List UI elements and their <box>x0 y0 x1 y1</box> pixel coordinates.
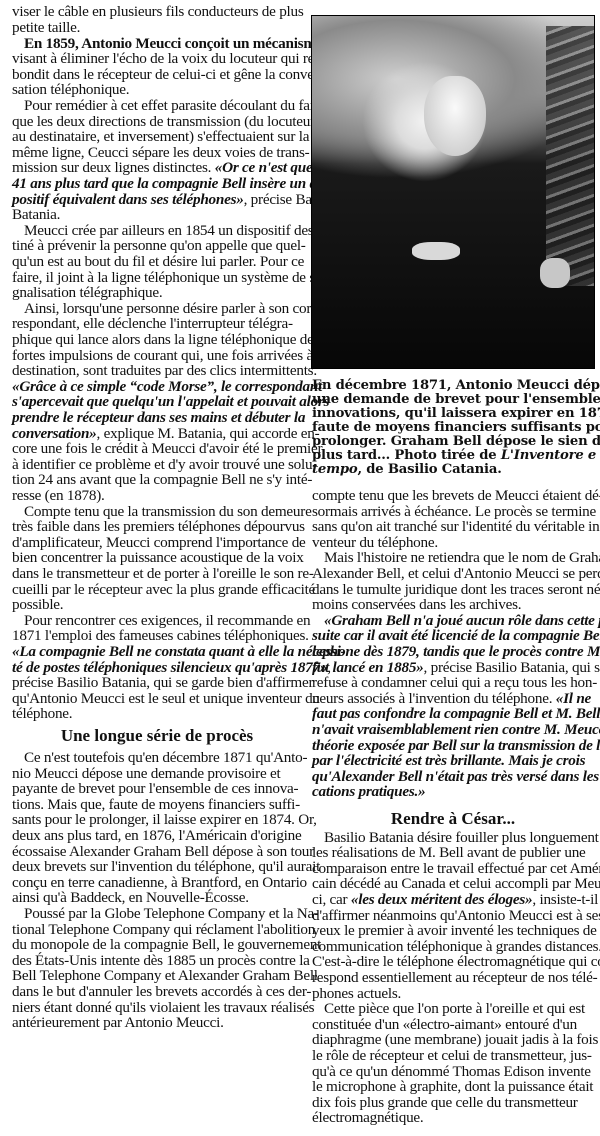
text-line: petite taille. <box>12 20 80 36</box>
quote-line: lephone dès 1879, tandis que le procès c… <box>312 644 600 660</box>
text-line: du monopole de la compagnie Bell, le gou… <box>12 937 321 953</box>
photo-hand <box>412 242 460 260</box>
photo-hand <box>540 258 570 288</box>
quote-line: faut pas confondre la compagnie Bell et … <box>312 706 600 722</box>
text-line: Poussé par la Globe Telephone Company et… <box>12 906 319 922</box>
text-line: Cette pièce que l'on porte à l'oreille e… <box>312 1001 585 1017</box>
text-line: précise Basilio Batania, qui se garde bi… <box>12 675 313 691</box>
section-heading: Rendre à César... <box>312 810 594 828</box>
text-line: ainsi qu'à Baddeck, en Nouvelle-Écosse. <box>12 890 249 906</box>
caption-line: tempo, de Basilio Catania. <box>312 462 502 478</box>
text-line: deux ans plus tard, en 1876, l'Américain… <box>12 828 301 844</box>
quote-line: n'avait vraisemblablement rien contre M.… <box>312 722 600 738</box>
quote-line: «La compagnie Bell ne constata quant à e… <box>12 644 345 660</box>
text-line: sants pour le prolonger, il laisse expir… <box>12 812 317 828</box>
text-line: destination, sont traduites par des clic… <box>12 363 317 379</box>
quote-line: s'apercevait que quelqu'un l'appelait et… <box>12 394 329 410</box>
text-line: respondant, elle déclenche l'interrupteu… <box>12 316 293 332</box>
quote-span: «Or ce n'est que <box>215 159 313 176</box>
text-line: C'est-à-dire le téléphone électromagnéti… <box>312 954 600 970</box>
text-line: au destinataire, et inversement) s'effec… <box>12 129 309 145</box>
text-line: viser le câble en plusieurs fils conduct… <box>12 4 304 20</box>
text-span: , insiste-t-il avant <box>532 891 600 908</box>
quote-line: suite car il avait été licencié de la co… <box>312 628 600 644</box>
text-line: tiné à prévenir la personne qu'on appell… <box>12 238 306 254</box>
caption-span: , de Basilio Catania. <box>357 462 501 477</box>
text-line: dans le transmetteur et de porter à l'or… <box>12 566 314 582</box>
text-line: Batania. <box>12 207 60 223</box>
text-line: Mais l'histoire ne retiendra que le nom … <box>312 550 600 566</box>
text-line: gnalisation télégraphique. <box>12 285 162 301</box>
text-line: yeux le premier à avoir inventé les tech… <box>312 923 597 939</box>
text-line: Bell Telephone Company et Alexander Grah… <box>12 968 318 984</box>
text-line: bien concentrer la puissance acoustique … <box>12 550 304 566</box>
text-line: dans le but d'annuler les brevets accord… <box>12 984 311 1000</box>
text-line: très faible dans les premiers téléphones… <box>12 519 305 535</box>
text-line: cain décédé au Canada et celui accompli … <box>312 876 600 892</box>
text-line: refuse à condamner celui qui a reçu tous… <box>312 675 597 691</box>
text-line: moins conservées dans les archives. <box>312 597 521 613</box>
text-line: les réalisations de M. Bell avant de pub… <box>312 845 586 861</box>
text-line: compte tenu que les brevets de Meucci ét… <box>312 488 600 504</box>
book-title: L'Inventore e il suo <box>501 448 600 463</box>
text-line: diaphragme (une membrane) jouait jadis à… <box>312 1032 598 1048</box>
section-heading: Une longue série de procès <box>12 727 302 745</box>
text-line: qu'un est au bout du fil et désire lui p… <box>12 254 304 270</box>
text-line: le microphone à graphite, dont la puissa… <box>312 1079 593 1095</box>
text-line: Pour remédier à cet effet parasite décou… <box>12 98 318 114</box>
text-line: sans qu'on ait tranché sur l'identité du… <box>312 519 600 535</box>
text-line: électromagnétique. <box>312 1110 423 1126</box>
text-span: mission sur deux lignes distinctes. <box>12 159 215 176</box>
caption-span: plus tard... Photo tirée de <box>312 448 501 463</box>
photo-face <box>424 76 486 156</box>
text-line: Ce n'est toutefois qu'en décembre 1871 q… <box>12 750 307 766</box>
text-line: core une fois le crédit à Meucci d'avoir… <box>12 441 322 457</box>
quote-line: par l'électricité est très brillante. Ma… <box>312 753 585 769</box>
text-line: visant à éliminer l'écho de la voix du l… <box>12 51 319 67</box>
text-line: tion 24 ans avant que la compagnie Bell … <box>12 472 312 488</box>
text-line: téléphone. <box>12 706 72 722</box>
book-title: tempo <box>312 462 357 477</box>
text-line: Alexander Bell, et celui d'Antonio Meucc… <box>312 566 600 582</box>
quote-line: cations pratiques.» <box>312 784 425 800</box>
photo-drape <box>546 26 594 286</box>
text-span: ci, car <box>312 891 351 908</box>
text-line: mission sur deux lignes distinctes. «Or … <box>12 160 312 176</box>
text-line: deux brevets sur l'invention du téléphon… <box>12 859 320 875</box>
text-line: sation téléphonique. <box>12 82 129 98</box>
text-line: 1871 l'emploi des fameuses cabines télép… <box>12 628 309 644</box>
text-line: phique qui lance alors dans la ligne tél… <box>12 332 314 348</box>
portrait-photo <box>311 15 595 369</box>
quote-span: «les deux méritent des éloges» <box>351 891 532 908</box>
text-line: possible. <box>12 597 63 613</box>
quote-line: 41 ans plus tard que la compagnie Bell i… <box>12 176 331 192</box>
text-line: ci, car «les deux méritent des éloges», … <box>312 892 600 908</box>
text-line: antérieurement par Antonio Meucci. <box>12 1015 224 1031</box>
text-line: resse (en 1878). <box>12 488 105 504</box>
text-line: positif équivalent dans ses téléphones»,… <box>12 192 337 208</box>
text-line: respond essentiellement au récepteur de … <box>312 970 597 986</box>
text-line: payante de brevet pour l'ensemble de ces… <box>12 781 298 797</box>
quote-line: prendre le récepteur dans ses mains et d… <box>12 410 305 426</box>
text-line: le rôle de récepteur et celui de transme… <box>312 1048 592 1064</box>
